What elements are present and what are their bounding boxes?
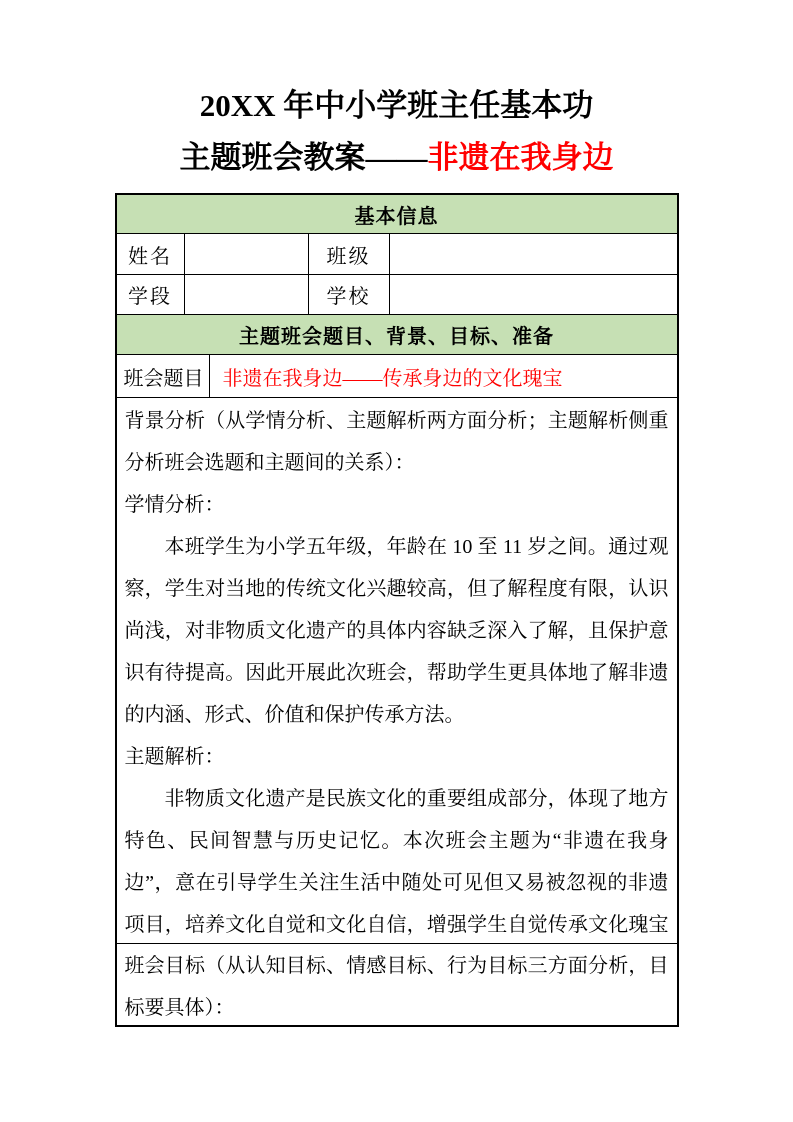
theme-analysis-heading: 主题解析： [125, 736, 669, 778]
background-heading: 背景分析（从学情分析、主题解析两方面分析；主题解析侧重分析班会选题和主题间的关系… [125, 400, 669, 484]
stage-value-cell[interactable] [185, 275, 309, 314]
learning-analysis-heading: 学情分析： [125, 484, 669, 526]
school-label-cell: 学校 [309, 275, 390, 314]
topic-label-char: 会 [144, 362, 164, 391]
class-value-cell[interactable] [390, 234, 677, 274]
goal-row[interactable]: 班会目标（从认知目标、情感目标、行为目标三方面分析，目标要具体）： [117, 944, 677, 1025]
document-title: 20XX 年中小学班主任基本功 主题班会教案——非遗在我身边 [0, 0, 793, 184]
topic-label-char: 目 [184, 362, 204, 391]
topic-section-header-row: 主题班会题目、背景、目标、准备 [117, 315, 677, 355]
learning-analysis-paragraph: 本班学生为小学五年级，年龄在 10 至 11 岁之间。通过观察，学生对当地的传统… [125, 526, 669, 736]
goal-text: 班会目标（从认知目标、情感目标、行为目标三方面分析，目标要具体）： [125, 945, 669, 1025]
topic-row: 班 会 题 目 非遗在我身边——传承身边的文化瑰宝 [117, 355, 677, 398]
stage-school-row: 学段 学校 [117, 275, 677, 315]
school-value-cell[interactable] [390, 275, 677, 314]
document-title-line1: 20XX 年中小学班主任基本功 [0, 80, 793, 132]
document-title-line2: 主题班会教案——非遗在我身边 [0, 132, 793, 184]
name-value-cell[interactable] [185, 234, 309, 274]
background-analysis-cell[interactable]: 背景分析（从学情分析、主题解析两方面分析；主题解析侧重分析班会选题和主题间的关系… [117, 398, 677, 944]
basic-info-header-row: 基本信息 [117, 195, 677, 234]
title-line2-prefix: 主题班会教案—— [180, 140, 428, 175]
topic-value-cell[interactable]: 非遗在我身边——传承身边的文化瑰宝 [210, 355, 677, 397]
topic-label-char: 班 [124, 362, 144, 391]
lesson-plan-table: 基本信息 姓名 班级 学段 学校 主题班会题目、背景、目标、准备 班 会 题 目… [115, 193, 679, 1027]
class-label-cell: 班级 [309, 234, 390, 274]
document-page: 20XX 年中小学班主任基本功 主题班会教案——非遗在我身边 基本信息 姓名 班… [0, 0, 793, 1122]
title-line2-highlight: 非遗在我身边 [428, 140, 614, 175]
topic-label-char: 题 [164, 362, 184, 391]
topic-label-cell: 班 会 题 目 [117, 355, 210, 397]
name-class-row: 姓名 班级 [117, 234, 677, 275]
theme-analysis-paragraph: 非物质文化遗产是民族文化的重要组成部分，体现了地方特色、民间智慧与历史记忆。本次… [125, 778, 669, 944]
name-label-cell: 姓名 [117, 234, 185, 274]
stage-label-cell: 学段 [117, 275, 185, 314]
